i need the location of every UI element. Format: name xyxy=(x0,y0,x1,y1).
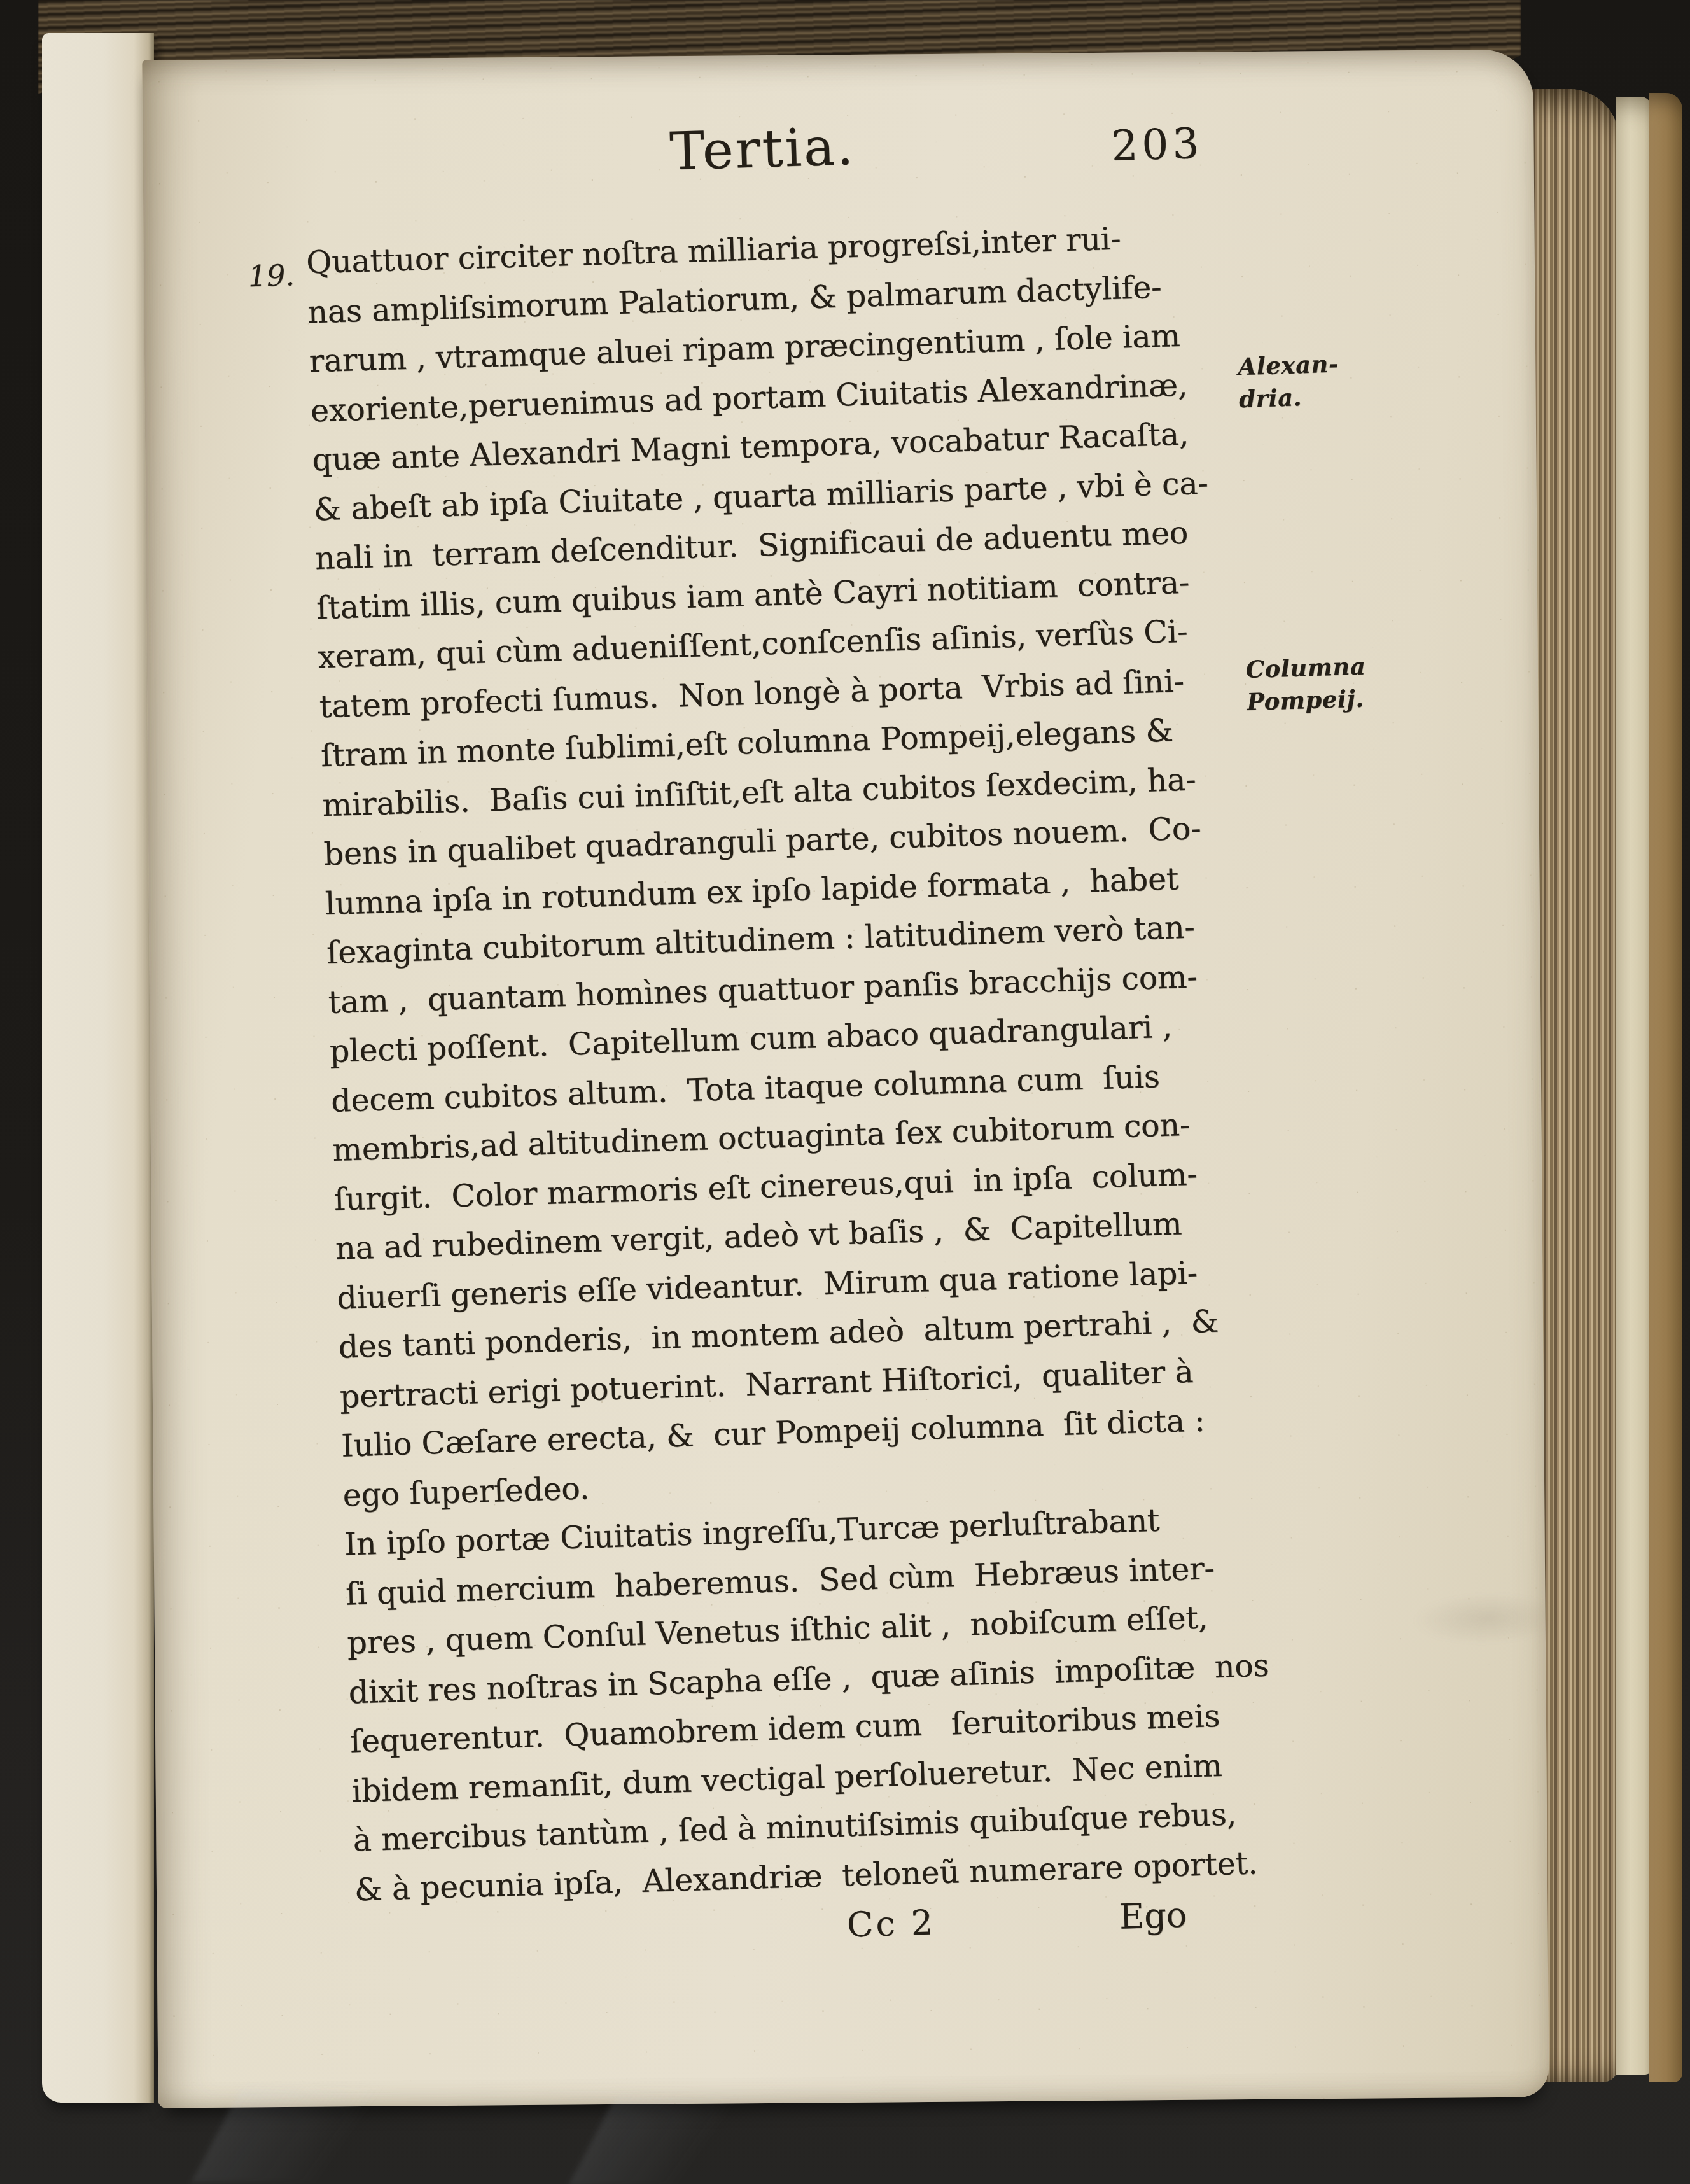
catchword: Ego xyxy=(1119,1890,1188,1943)
paragraph-1: Quattuor circiter noſtra milliaria progr… xyxy=(305,210,1291,1520)
paragraph-number-marginal: 19. xyxy=(248,258,295,293)
margin-note-line: dria. xyxy=(1238,377,1455,416)
page-number: 203 xyxy=(1110,119,1203,171)
margin-note-line: Pompeij. xyxy=(1247,680,1463,718)
margin-note-columna-pompeij: Columna Pompeij. xyxy=(1245,647,1463,718)
margin-note-alexandria: Alexan- dria. xyxy=(1238,344,1456,416)
endpaper-edge xyxy=(1616,97,1652,2075)
ink-bleed-through-smudge xyxy=(1404,1588,1571,1650)
book-page: Tertia. 203 19. Quattuor circiter noſtra… xyxy=(142,49,1549,2108)
running-title: Tertia. xyxy=(615,115,910,184)
printed-content: Tertia. 203 19. Quattuor circiter noſtra… xyxy=(123,36,1575,2124)
signature-mark: Cc 2 xyxy=(846,1902,936,1945)
text-block: Quattuor circiter noſtra milliaria progr… xyxy=(305,210,1304,1965)
book-photograph: Tertia. 203 19. Quattuor circiter noſtra… xyxy=(0,0,1690,2184)
cover-board-edge xyxy=(1649,93,1682,2082)
paragraph-2: In ipſo portæ Ciuitatis ingreſſu,Turcæ p… xyxy=(344,1492,1303,1914)
